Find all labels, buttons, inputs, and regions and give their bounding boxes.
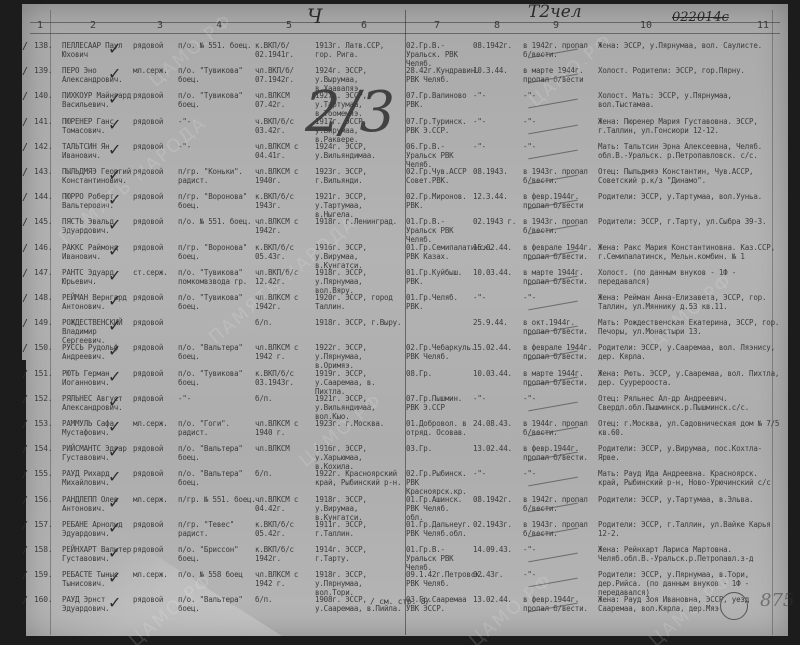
person-name: РАККС Раймонд Иванович. <box>62 243 140 261</box>
person-name: РЕЙМАН Вернгард Антонович. <box>62 293 140 311</box>
missing-date: 08.1942г. <box>473 41 523 50</box>
missing-date: -"- <box>473 117 523 126</box>
column-number: 6 <box>361 20 367 31</box>
row-number: 141. <box>34 117 52 126</box>
unit: п/о. "Вальтера" боец. <box>178 469 262 487</box>
person-name: РИЙСМАНТС Эдгар Густавович. <box>62 444 140 462</box>
person-name: РАУД Рихард Михайлович. <box>62 469 140 487</box>
unit: п/гр. "Воронова" боец. <box>178 192 262 210</box>
party-membership: б/п. <box>255 394 310 403</box>
footer-note: / см. стр. 8/ <box>370 597 430 606</box>
fate-status: -"- <box>523 394 593 403</box>
row-number: 151. <box>34 369 52 378</box>
column-number: 8 <box>494 20 500 31</box>
birth-place: 1918г. ЭССР, г.Выру. <box>315 318 405 327</box>
draft-office: 02.Гр.Чув.АССР Совет.РВК. <box>406 167 468 185</box>
party-membership: чл.ВЛКСМ с 1940г. <box>255 167 310 185</box>
party-membership: чл.ВЛКСМ с 1942г. <box>255 217 310 235</box>
check-slash-icon: / <box>22 469 28 480</box>
unit: п/о. № 551. боец. <box>178 217 262 226</box>
fate-status: -"- <box>523 293 593 302</box>
row-number: 144. <box>34 192 52 201</box>
draft-office: 02.Гр.Чебаркуль. РВК Челяб. <box>406 343 468 361</box>
person-name: РЕБАНЕ Арнольд Эдуардович. <box>62 520 140 538</box>
birth-place: 1914г. ЭССР, г.Тарту. <box>315 545 405 563</box>
person-name: РАММУЛЬ Сафа Мустафович. <box>62 419 140 437</box>
check-slash-icon: / <box>22 243 28 254</box>
check-slash-icon: / <box>22 570 28 581</box>
party-membership: б/п. <box>255 595 310 604</box>
unit: п/о. "Тувикова" боец. <box>178 369 262 387</box>
party-membership: чл.ВЛКСМ с 04.42г. <box>255 495 310 513</box>
draft-office: 01.Гр.Куйбыш. РВК. <box>406 268 468 286</box>
fate-status: -"- <box>523 117 593 126</box>
family-address: Родители: ЭССР, у.Тартумаа, в.Эльва. <box>598 495 783 504</box>
missing-date: -"- <box>473 469 523 478</box>
row-number: 140. <box>34 91 52 100</box>
party-membership: чл.ВЛКСМ 07.42г. <box>255 91 310 109</box>
missing-date: -"- <box>473 142 523 151</box>
rank: мл.серж. <box>133 495 168 504</box>
check-slash-icon: / <box>22 142 28 153</box>
pencil-stroke <box>528 301 577 311</box>
unit: п/о. "Гоги". радист. <box>178 419 262 437</box>
row-number: 158. <box>34 545 52 554</box>
check-slash-icon: / <box>22 268 28 279</box>
row-number: 153. <box>34 419 52 428</box>
unit: п/гр. "Коньки". радист. <box>178 167 262 185</box>
person-name: РОЖДЕСТВЕНСКИЙ Владимир Сергеевич. <box>62 318 140 345</box>
pencil-stroke <box>528 553 577 563</box>
draft-office: 01.Гр.Семипалатинск. РВК Казах. <box>406 243 468 261</box>
unit: -"- <box>178 394 262 403</box>
birth-place: 1924г. ЭССР, у.Вильяндимаа. <box>315 142 405 160</box>
checkmark-icon: ✓ <box>108 568 121 587</box>
birth-place: 1922г. Красноярский край, Рыбинский р-н. <box>315 469 405 487</box>
family-address: Родители: ЭССР, у.Сааремаа, вол. Ляэнису… <box>598 343 783 361</box>
person-name: РУССЬ Рудольф Андреевич. <box>62 343 140 361</box>
unit: п/о. "Тувикова" боец. <box>178 91 262 109</box>
checkmark-icon: ✓ <box>108 417 121 436</box>
column-number: 1 <box>37 20 43 31</box>
birth-place: 1921г. ЭССР, у.Тартумаа, в.Ныгела. <box>315 192 405 219</box>
draft-office: 02.Гр.Рыбинск. РВК Красноярск.кр. <box>406 469 468 496</box>
checkmark-icon: ✓ <box>108 89 121 108</box>
checkmark-icon: ✓ <box>108 39 121 58</box>
checkmark-icon: ✓ <box>108 316 121 335</box>
row-number: 149. <box>34 318 52 327</box>
draft-office: 01.Гр.Дальнеуг. РВК Челяб.обл. <box>406 520 468 538</box>
handwritten-archive-number: 022014с <box>672 10 729 25</box>
unit: п/о. № 558 боец <box>178 570 262 579</box>
missing-date: 24.08.43. <box>473 419 523 428</box>
rank: рядовой <box>133 117 168 126</box>
checkmark-icon: ✓ <box>108 64 121 83</box>
rank: рядовой <box>133 293 168 302</box>
check-slash-icon: / <box>22 343 28 354</box>
unit: п/гр. "Тевес" радист. <box>178 520 262 538</box>
birth-place: 1920г. ЭССР, город Таллин. <box>315 293 405 311</box>
unit: п/о. "Тувикова" помкомвзвода гр. <box>178 268 262 286</box>
column-number: 3 <box>157 20 163 31</box>
birth-place: 1918г. г.Ленинград. <box>315 217 405 226</box>
draft-office: 01.Гр.Ашинск. РВК Челяб. обл. <box>406 495 468 522</box>
checkmark-icon: ✓ <box>108 241 121 260</box>
draft-office: 08.Гр. <box>406 369 468 378</box>
party-membership: чл.ВЛКСМ с 1940 г. <box>255 419 310 437</box>
missing-date: 10.3.44. <box>473 66 523 75</box>
fate-status: -"- <box>523 545 593 554</box>
family-address: Родители: ЭССР, у.Тартумаа, вол.Ууньа. <box>598 192 783 201</box>
checkmark-icon: ✓ <box>108 140 121 159</box>
draft-office: 07.Гр.Валиново РВК. <box>406 91 468 109</box>
missing-date: 10.03.44. <box>473 268 523 277</box>
row-number: 139. <box>34 66 52 75</box>
draft-office: 01.Гр.В.-Уральск РВК Челяб. <box>406 545 468 572</box>
missing-date: 25.9.44. <box>473 318 523 327</box>
handwritten-note: Ч <box>307 4 322 28</box>
checkmark-icon: ✓ <box>108 467 121 486</box>
pencil-stroke <box>528 401 577 411</box>
rank: рядовой <box>133 444 168 453</box>
unit: п/гр. № 551. боец. <box>178 495 262 504</box>
missing-date: 12.3.44. <box>473 192 523 201</box>
person-name: РАНТС Эдуард Юрьевич. <box>62 268 140 286</box>
row-number: 148. <box>34 293 52 302</box>
person-name: ПЕРО Эно Александрович. <box>62 66 140 84</box>
check-slash-icon: / <box>22 117 28 128</box>
family-address: Мать: Рауд Ида Андреевна. Красноярск. кр… <box>598 469 783 487</box>
family-address: Жена: Рють. ЭССР, у.Сааремаа, вол. Пихтл… <box>598 369 783 387</box>
missing-date: 13.02.44. <box>473 444 523 453</box>
missing-date: 02.1943г. <box>473 520 523 529</box>
rank: рядовой <box>133 91 168 100</box>
family-address: Холост. Родители: ЭССР, гор.Пярну. <box>598 66 783 75</box>
rank: рядовой <box>133 243 168 252</box>
fate-status: -"- <box>523 142 593 151</box>
row-number: 147. <box>34 268 52 277</box>
rank: рядовой <box>133 394 168 403</box>
birth-place: 1927г. ЭССР, у.Тартумаа, в.Тоомемяэ. <box>315 91 405 118</box>
check-slash-icon: / <box>22 66 28 77</box>
checkmark-icon: ✓ <box>108 266 121 285</box>
missing-date: -"- <box>473 91 523 100</box>
rank: рядовой <box>133 217 168 226</box>
person-name: РЮТЬ Герман Иоганнович. <box>62 369 140 387</box>
party-membership: чл.ВКП/б/ 07.1942г. <box>255 66 310 84</box>
rank: ст.серж. <box>133 268 168 277</box>
missing-date: 02.1943 г. <box>473 217 523 226</box>
handwritten-page-number: 875 <box>760 590 794 611</box>
rank: рядовой <box>133 318 168 327</box>
birth-place: 1918г. ЭССР, у.Пярнумаа, вол.Тори. <box>315 570 405 597</box>
rank: мл.серж. <box>133 570 168 579</box>
pencil-stroke <box>528 124 577 134</box>
row-number: 159. <box>34 570 52 579</box>
party-membership: к.ВКП/б/ 02.1941г. <box>255 41 310 59</box>
draft-office: 07.Гр.Туринск. РВК Э.ССР. <box>406 117 468 135</box>
party-membership: к.ВКП/б/с 1943г. <box>255 192 310 210</box>
missing-date: 08.1942г. <box>473 495 523 504</box>
checkmark-icon: ✓ <box>108 367 121 386</box>
rank: мл.серж. <box>133 419 168 428</box>
check-slash-icon: / <box>22 167 28 178</box>
check-slash-icon: / <box>22 318 28 329</box>
pencil-stroke <box>528 477 577 487</box>
family-address: Родители: ЭССР, г.Тарту, ул.Сыбра 39-3. <box>598 217 783 226</box>
missing-date: -"- <box>473 293 523 302</box>
rank: рядовой <box>133 41 168 50</box>
missing-date: 14.09.43. <box>473 545 523 554</box>
check-slash-icon: / <box>22 41 28 52</box>
person-name: ПИХКОУР Майнгард Васильевич. <box>62 91 140 109</box>
family-address: Жена: Пюренер Мария Густавовна. ЭССР, г.… <box>598 117 783 135</box>
checkmark-icon: ✓ <box>108 341 121 360</box>
birth-place: 1924г. ЭССР, у.Вырумаа, в.Хаавапяэ. <box>315 66 405 93</box>
check-slash-icon: / <box>22 217 28 228</box>
check-slash-icon: / <box>22 419 28 430</box>
row-number: 154. <box>34 444 52 453</box>
family-address: Отец: Пыльдмяэ Константин, Чув.АССР, Сов… <box>598 167 783 185</box>
rank: рядовой <box>133 520 168 529</box>
family-address: Отец: Ряльнес Ал-др Андреевич. Свердл.об… <box>598 394 783 412</box>
checkmark-icon: ✓ <box>108 115 121 134</box>
party-membership: чл.ВЛКСМ с 1942 г. <box>255 570 310 588</box>
check-slash-icon: / <box>22 520 28 531</box>
unit: п/гр. "Воронова" боец. <box>178 243 262 261</box>
family-address: Жена: ЭССР, у.Пярнумаа, вол. Саулисте. <box>598 41 783 50</box>
missing-date: 15.02.44. <box>473 343 523 352</box>
rank: рядовой <box>133 192 168 201</box>
checkmark-icon: ✓ <box>108 215 121 234</box>
birth-place: 1918г. ЭССР, у.Пярнумаа, вол.Вяру. <box>315 268 405 295</box>
draft-office: 02.Гр.Миронов. РВК. <box>406 192 468 210</box>
family-address: Мать: Тальтсин Эрна Алексеевна, Челяб. о… <box>598 142 783 160</box>
checkmark-icon: ✓ <box>108 518 121 537</box>
family-address: Холост. (по данным внуков - 1Ф - передав… <box>598 268 783 286</box>
person-name: РАУД Эрнст Эдуардович. <box>62 595 140 613</box>
row-number: 150. <box>34 343 52 352</box>
check-slash-icon: / <box>22 595 28 606</box>
column-number: 7 <box>434 20 440 31</box>
check-slash-icon: / <box>22 444 28 455</box>
birth-place: 1918г. ЭССР, у.Вирумаа, в.Кунгатси. <box>315 495 405 522</box>
checkmark-icon: ✓ <box>108 291 121 310</box>
family-address: Родители: ЭССР, у.Вирумаа, пос.Кохтла-Яр… <box>598 444 783 462</box>
party-membership: б/п. <box>255 469 310 478</box>
draft-office: 09.1.42г.Петровск. РВК Челяб. <box>406 570 468 588</box>
checkmark-icon: ✓ <box>108 543 121 562</box>
party-membership: к.ВКП/б/с 1942г. <box>255 545 310 563</box>
family-address: Жена: Ракс Мария Константиновна. Каз.ССР… <box>598 243 783 261</box>
row-number: 157. <box>34 520 52 529</box>
draft-office: 02.Гр.В.-Уральск. РВК Челяб. <box>406 41 468 68</box>
fate-status: -"- <box>523 469 593 478</box>
missing-date: -"- <box>473 394 523 403</box>
check-slash-icon: / <box>22 394 28 405</box>
row-number: 146. <box>34 243 52 252</box>
person-name: РЕБАСТЕ Тыныс Тынисович. <box>62 570 140 588</box>
row-number: 138. <box>34 41 52 50</box>
draft-office: 03.Гр. <box>406 444 468 453</box>
family-address: Холост. Мать: ЭССР, у.Пярнумаа, вол.Тыст… <box>598 91 783 109</box>
draft-office: 01.Добровол. в отряд. Осовав. <box>406 419 468 437</box>
row-number: 160. <box>34 595 52 604</box>
missing-date: 15.02.44. <box>473 243 523 252</box>
column-number: 2 <box>90 20 96 31</box>
missing-date: 10.03.44. <box>473 369 523 378</box>
unit: п/о. "Тувикова" боец. <box>178 66 262 84</box>
check-slash-icon: / <box>22 545 28 556</box>
birth-place: 1919г. ЭССР, у.Сааремаа, в. Пихтла. <box>315 369 405 396</box>
birth-place: 1922г. ЭССР, у.Пярнумаа, в.Оримяэ. <box>315 343 405 370</box>
family-address: Отец: г.Москва, ул.Садовническая дом № 7… <box>598 419 783 437</box>
party-membership: чл.ВЛКСМ с 1942 г. <box>255 343 310 361</box>
draft-office: 07.Гр.Пышмин. РВК Э.ССР <box>406 394 468 412</box>
person-name: РЕЙНХАРТ Вальтер Густавович. <box>62 545 140 563</box>
row-number: 142. <box>34 142 52 151</box>
missing-date: 02.43г. <box>473 570 523 579</box>
person-name: ТАЛЬТСИН Ян Иванович. <box>62 142 140 160</box>
row-number: 143. <box>34 167 52 176</box>
checkmark-icon: ✓ <box>108 442 121 461</box>
rank: рядовой <box>133 469 168 478</box>
row-number: 156. <box>34 495 52 504</box>
check-slash-icon: / <box>22 91 28 102</box>
person-name: РЯЛЬНЕС Август Александрович. <box>62 394 140 412</box>
checkmark-icon: ✓ <box>108 493 121 512</box>
column-number: 10 <box>640 20 652 31</box>
row-number: 152. <box>34 394 52 403</box>
party-membership: к.ВКП/б/с 03.1943г. <box>255 369 310 387</box>
draft-office: 01.Гр.В.-Уральск РВК Челяб. <box>406 217 468 244</box>
checkmark-icon: ✓ <box>108 593 121 612</box>
family-address: Родители: ЭССР, у.Пярнумаа, в.Тори, дер.… <box>598 570 783 597</box>
rank: рядовой <box>133 369 168 378</box>
check-slash-icon: / <box>22 192 28 203</box>
check-slash-icon: / <box>22 293 28 304</box>
check-slash-icon: / <box>22 369 28 380</box>
draft-office: 28.42г.Кундравин. РВК Челяб. <box>406 66 468 84</box>
checkmark-icon: ✓ <box>108 392 121 411</box>
birth-place: 1917г. ЭССР, у.Вирумаа, в.Раквере. <box>315 117 405 144</box>
birth-place: 1923г. ЭССР, г.Вильянди. <box>315 167 405 185</box>
unit: п/о. "Бриссон" боец. <box>178 545 262 563</box>
party-membership: б/п. <box>255 318 310 327</box>
person-name: ПЮРЕНЕР Ганс Томасович. <box>62 117 140 135</box>
family-address: Родители: ЭССР, г.Таллин, ул.Вайке Карья… <box>598 520 783 538</box>
check-slash-icon: / <box>22 495 28 506</box>
person-name: РАНДЛЕПП Олев Антонович. <box>62 495 140 513</box>
birth-place: 1911г. ЭССР, г.Таллин. <box>315 520 405 538</box>
party-membership: к.ВКП/б/с 05.42г. <box>255 520 310 538</box>
person-name: ПЕЛЛЕСААР Паул Юхович <box>62 41 140 59</box>
column-number: 11 <box>757 20 769 31</box>
handwritten-note: Т2чел <box>528 2 582 22</box>
family-address: Жена: Рейнхарт Лариса Мартовна. Челяб.об… <box>598 545 783 563</box>
party-membership: ч.ВКП/б/с 03.42г. <box>255 117 310 135</box>
unit: п/о. "Вальтера" боец. <box>178 444 262 462</box>
rank: рядовой <box>133 343 168 352</box>
birth-place: 1913г. Латв.ССР, гор. Рига. <box>315 41 405 59</box>
draft-office: 01.Гр.Челяб. РВК. <box>406 293 468 311</box>
row-number: 155. <box>34 469 52 478</box>
missing-date: 08.1943. <box>473 167 523 176</box>
rank: рядовой <box>133 545 168 554</box>
draft-office: 06.Гр.В.-Уральск РВК Челяб. <box>406 142 468 169</box>
row-number: 145. <box>34 217 52 226</box>
column-number: 5 <box>286 20 292 31</box>
party-membership: чл.ВЛКСМ с 04.41г. <box>255 142 310 160</box>
pencil-stroke <box>528 149 577 159</box>
